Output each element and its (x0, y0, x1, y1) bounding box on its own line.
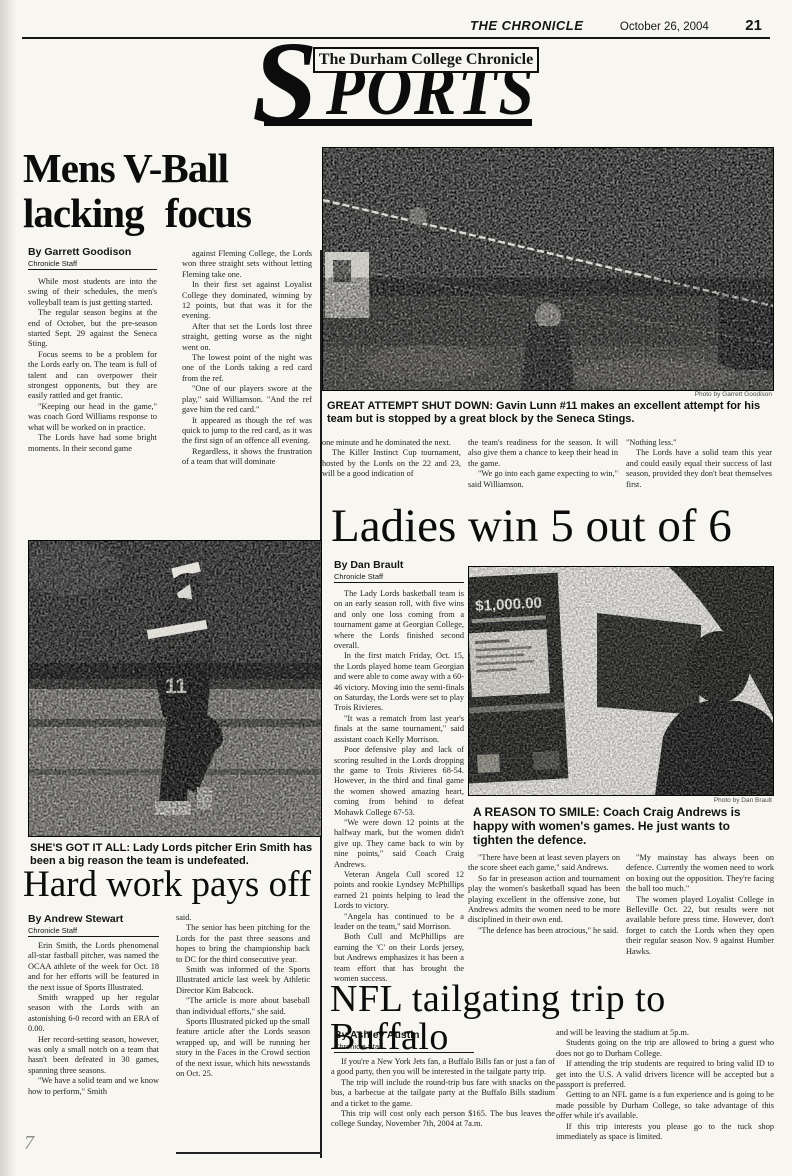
nfl-column-1: If you're a New York Jets fan, a Buffalo… (331, 1057, 555, 1130)
vball-column-1: While most students are into the swing o… (28, 277, 157, 454)
nfl-column-2: and will be leaving the stadium at 5p.m.… (556, 1028, 774, 1142)
issue-date: October 26, 2004 (620, 21, 709, 33)
vball-cont-column-1: one minute and he dominated the next.The… (322, 438, 461, 480)
coach-photo: $1,000.00 (468, 566, 774, 796)
vball-headline-line1: Mens V-Ball (23, 146, 251, 191)
coach-photo-art: $1,000.00 (469, 567, 773, 795)
header-rule (22, 37, 770, 39)
volleyball-photo-credit: Photo by Garrett Goodison (322, 391, 772, 398)
ladies-column-3: "My mainstay has always been on defence.… (626, 853, 774, 957)
vball-headline-line2: lacking focus (23, 191, 251, 236)
ladies-column-2: "There have been at least seven players … (468, 853, 620, 936)
ladies-author: By Dan Brault (334, 559, 464, 571)
ladies-byline: By Dan Brault Chronicle Staff (334, 559, 464, 583)
newspaper-page: THE CHRONICLE October 26, 2004 21 S The … (0, 0, 792, 1176)
page-header: THE CHRONICLE October 26, 2004 21 (470, 17, 762, 34)
ladies-author-role: Chronicle Staff (334, 572, 464, 583)
vball-cont-column-3: "Nothing less."The Lords have a solid te… (626, 438, 772, 490)
vball-cont-column-2: the team's readiness for the season. It … (468, 438, 618, 490)
volleyball-photo-caption: GREAT ATTEMPT SHUT DOWN: Gavin Lunn #11 … (327, 400, 769, 426)
nfl-byline: By Ashley Austin Chronicle Staff (334, 1029, 474, 1053)
scan-edge-shadow (0, 0, 16, 1176)
coach-photo-credit: Photo by Dan Brault (468, 797, 772, 804)
ladies-headline: Ladies win 5 out of 6 (331, 503, 732, 550)
chronicle-nameplate: The Durham College Chronicle (313, 47, 539, 73)
hardwork-headline: Hard work pays off (23, 866, 311, 903)
hardwork-byline: By Andrew Stewart Chronicle Staff (28, 913, 159, 937)
vball-author-role: Chronicle Staff (28, 259, 157, 270)
volleyball-photo (322, 147, 774, 391)
hardwork-author: By Andrew Stewart (28, 913, 159, 925)
vball-column-2: against Fleming College, the Lords won t… (182, 249, 312, 468)
hardwork-author-role: Chronicle Staff (28, 926, 159, 937)
hardwork-column-2: said.The senior has been pitching for th… (176, 913, 310, 1080)
ladies-column-1: The Lady Lords basketball team is on an … (334, 589, 464, 984)
hardwork-column-1: Erin Smith, the Lords phenomenal all-sta… (28, 941, 159, 1097)
pitcher-photo-art: 11 (29, 541, 321, 836)
page-number: 21 (745, 17, 762, 34)
coach-photo-caption: A REASON TO SMILE: Coach Craig Andrews i… (473, 805, 771, 847)
volleyball-photo-art (323, 148, 773, 390)
vball-author: By Garrett Goodison (28, 246, 157, 258)
vball-headline: Mens V-Ball lacking focus (23, 146, 251, 236)
nfl-author-role: Chronicle Staff (334, 1042, 474, 1053)
hardwork-bottom-rule (176, 1152, 322, 1154)
nfl-author: By Ashley Austin (334, 1029, 474, 1041)
paper-name: THE CHRONICLE (470, 18, 583, 33)
vball-byline: By Garrett Goodison Chronicle Staff (28, 246, 157, 270)
pencil-margin-mark: 7 (24, 1132, 34, 1155)
pitcher-photo: 11 (28, 540, 322, 837)
